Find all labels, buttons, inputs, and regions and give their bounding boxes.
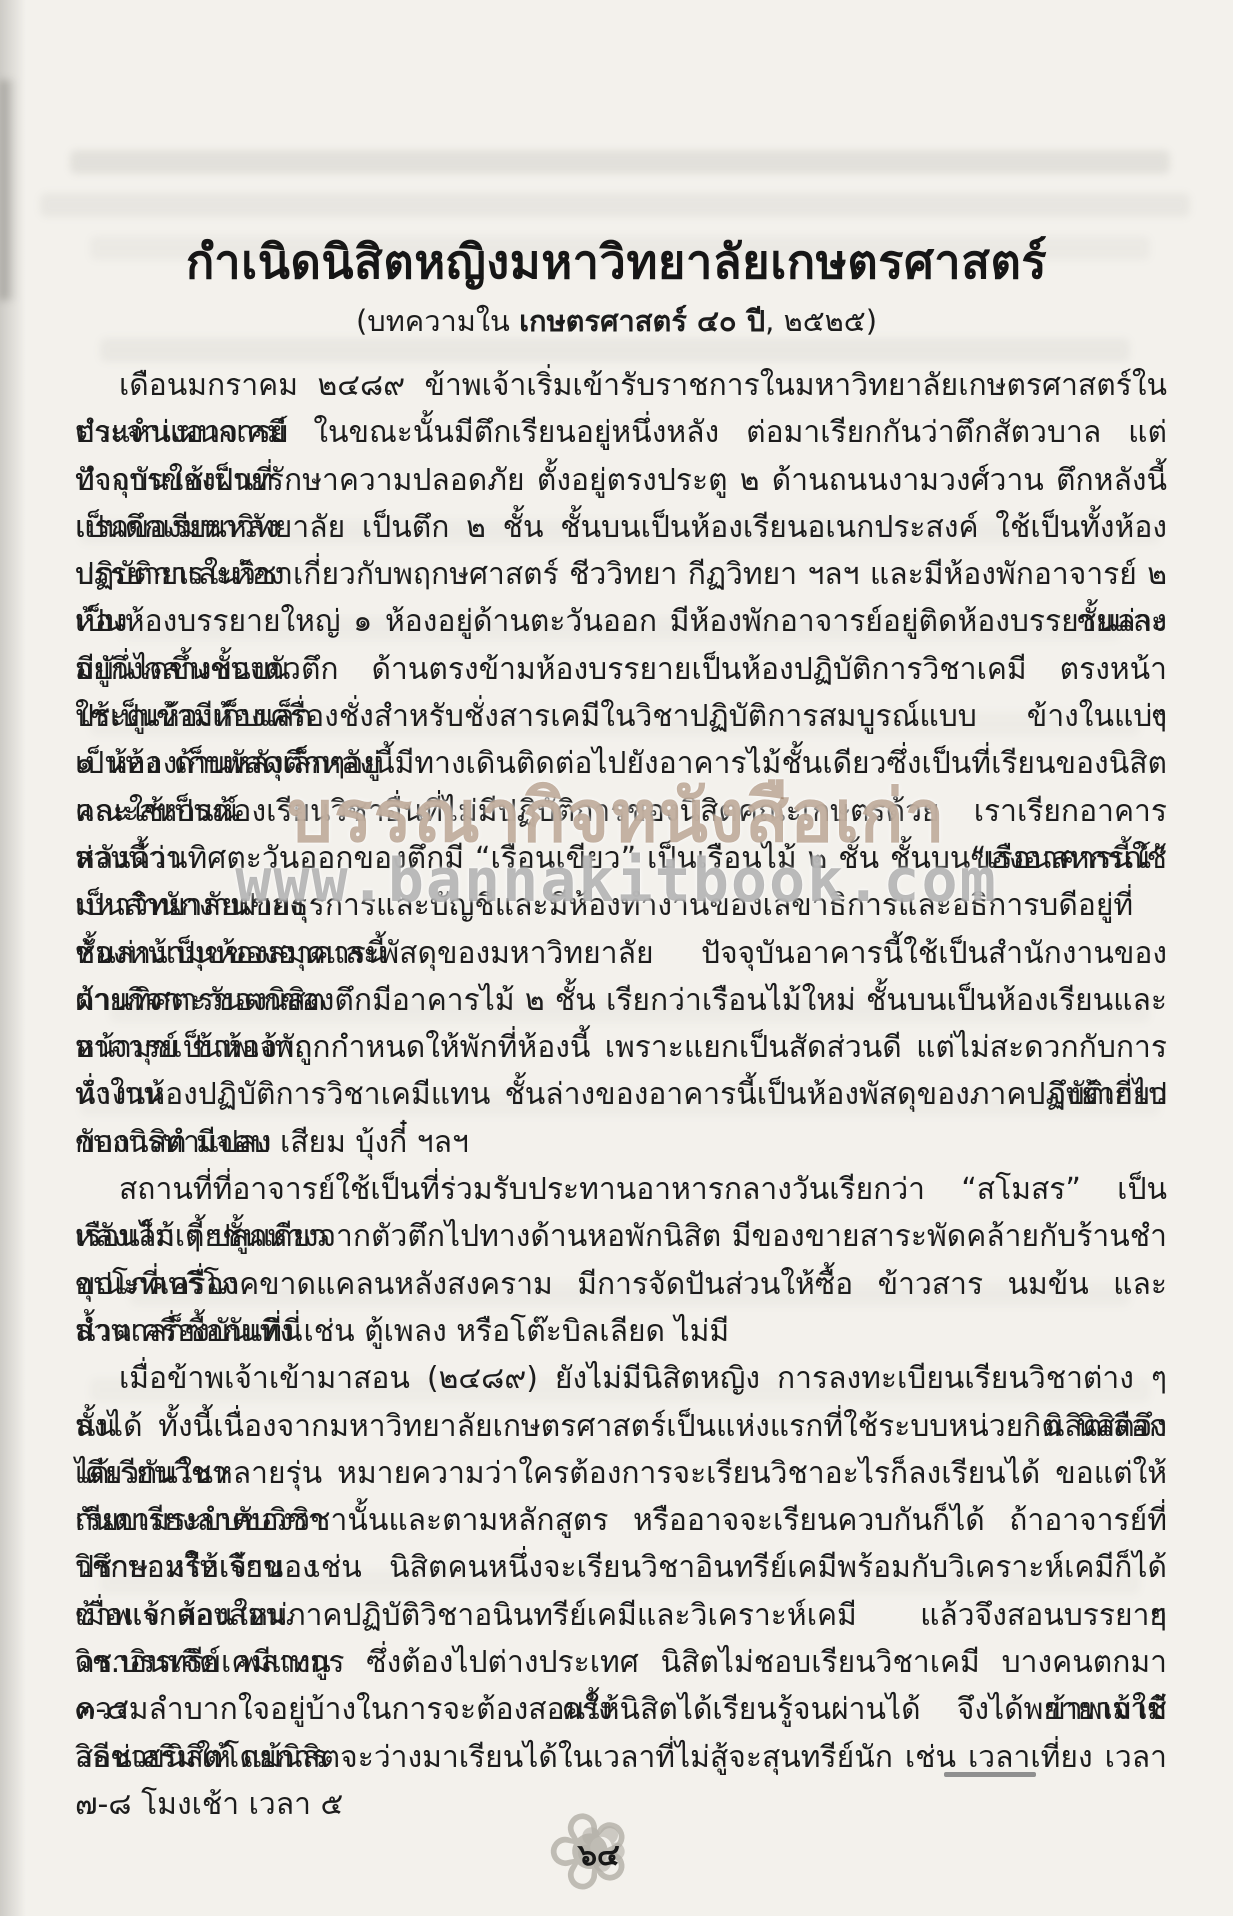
text-line: ชั้นล่างเป็นห้องสมุดและพัสดุของมหาวิทยาล… xyxy=(75,930,1167,977)
text-line: ใช้เป็นห้องเก็บเครื่องชั่งสำหรับชั่งสารเ… xyxy=(75,693,1167,740)
subtitle-suffix: , ๒๕๒๕) xyxy=(765,304,877,338)
article-body: เดือนมกราคม ๒๔๘๙ ข้าพเจ้าเริ่มเข้ารับราช… xyxy=(75,362,1167,1781)
text-line: หลังเล็ก ๆ ปลูกห่างจากตัวตึกไปทางด้านหอพ… xyxy=(75,1213,1167,1260)
text-line: อาจารย์ ข้าพเจ้าถูกกำหนดให้พักที่ห้องนี้… xyxy=(75,1024,1167,1071)
text-line: ดร.บรรเจิด พลางกูร ซึ่งต้องไปต่างประเทศ … xyxy=(75,1639,1167,1686)
text-line: ส่วนด้านทิศตะวันออกของตึกมี “เรือนเขียว”… xyxy=(75,835,1167,882)
bleedthrough-ghost-text xyxy=(40,193,1190,217)
text-line: ประจำแผนกเคมี ในขณะนั้นมีตึกเรียนอยู่หนึ… xyxy=(75,409,1167,456)
text-line: แรกของมหาวิทยาลัย เป็นตึก ๒ ชั้น ชั้นบนเ… xyxy=(75,504,1167,551)
page-number-ornament: ❀ ✿ ๖๔ xyxy=(540,1806,670,1916)
text-line: ๑ ห้อง ด้านหลังตึกหลังนี้มีทางเดินติดต่อ… xyxy=(75,740,1167,787)
page-title: กำเนิดนิสิตหญิงมหาวิทยาลัยเกษตรศาสตร์ xyxy=(0,224,1233,299)
text-line: วิชายอมให้เรียน เช่น นิสิตคนหนึ่งจะเรียน… xyxy=(75,1544,1167,1591)
scanned-book-page: กำเนิดนิสิตหญิงมหาวิทยาลัยเกษตรศาสตร์ (บ… xyxy=(0,0,1233,1916)
text-line: ทำการของฝ่ายรักษาความปลอดภัย ตั้งอยู่ตรง… xyxy=(75,457,1167,504)
text-line: เดียวกันในหลายรุ่น หมายความว่าใครต้องการ… xyxy=(75,1450,1167,1497)
text-line: และใช้เป็นห้องเรียนวิชาอื่นที่ไม่มีปฏิบั… xyxy=(75,788,1167,835)
article-subtitle: (บทความใน เกษตรศาสตร์ ๔๐ ปี, ๒๕๒๕) xyxy=(0,298,1233,344)
subtitle-source-bold: เกษตรศาสตร์ ๔๐ ปี xyxy=(519,304,765,338)
text-line: ข้าพเจ้าต้องสอนภาคปฏิบัติวิชาอนินทรีย์เค… xyxy=(75,1592,1167,1639)
pencil-underline-mark xyxy=(944,1772,1036,1777)
page-number: ๖๔ xyxy=(578,1832,620,1879)
text-line: เดือนมกราคม ๒๔๘๙ ข้าพเจ้าเริ่มเข้ารับราช… xyxy=(75,362,1167,409)
text-line: สถานที่ที่อาจารย์ใช้เป็นที่ร่วมรับประทาน… xyxy=(75,1166,1167,1213)
text-line: มหาวิทยาลัยฝ่ายธุรการและบัญชีและมีห้องทำ… xyxy=(75,882,1167,929)
subtitle-prefix: (บทความใน xyxy=(356,304,519,338)
text-line: ส่วนเครื่องบันเทิง เช่น ตู้เพลง หรือโต๊ะ… xyxy=(75,1308,1167,1355)
text-line: ของนิสิต มีจอบ เสียม บุ้งกี๋ ฯลฯ xyxy=(75,1119,1167,1166)
text-line: นั่งในห้องปฏิบัติการวิชาเคมีแทน ชั้นล่าง… xyxy=(75,1071,1167,1118)
text-line: เป็นห้องบรรยายใหญ่ ๑ ห้องอยู่ด้านตะวันออ… xyxy=(75,598,1167,645)
bleedthrough-ghost-text xyxy=(70,150,1170,174)
text-line: ความลำบากใจอยู่บ้างในการจะต้องสอนให้นิสิ… xyxy=(75,1686,1167,1733)
text-line: ปฏิบัติการในวิชาเกี่ยวกับพฤกษศาสตร์ ชีวว… xyxy=(75,551,1167,598)
text-line: ลงได้ ทั้งนี้เนื่องจากมหาวิทยาลัยเกษตรศา… xyxy=(75,1403,1167,1450)
text-line: เมื่อข้าพเจ้าเข้ามาสอน (๒๔๘๙) ยังไม่มีนิ… xyxy=(75,1355,1167,1402)
text-line: อุปโภคบริโภคขาดแคลนหลังสงคราม มีการจัดปั… xyxy=(75,1261,1167,1308)
text-line: กันตามระบบของวิชานั้นและตามหลักสูตร หรือ… xyxy=(75,1497,1167,1544)
text-line: อยู่กึ่งกลางของตัวตึก ด้านตรงข้ามห้องบรร… xyxy=(75,646,1167,693)
text-line: ด้านทิศตะวันตกของตึกมีอาคารไม้ ๒ ชั้น เร… xyxy=(75,977,1167,1024)
